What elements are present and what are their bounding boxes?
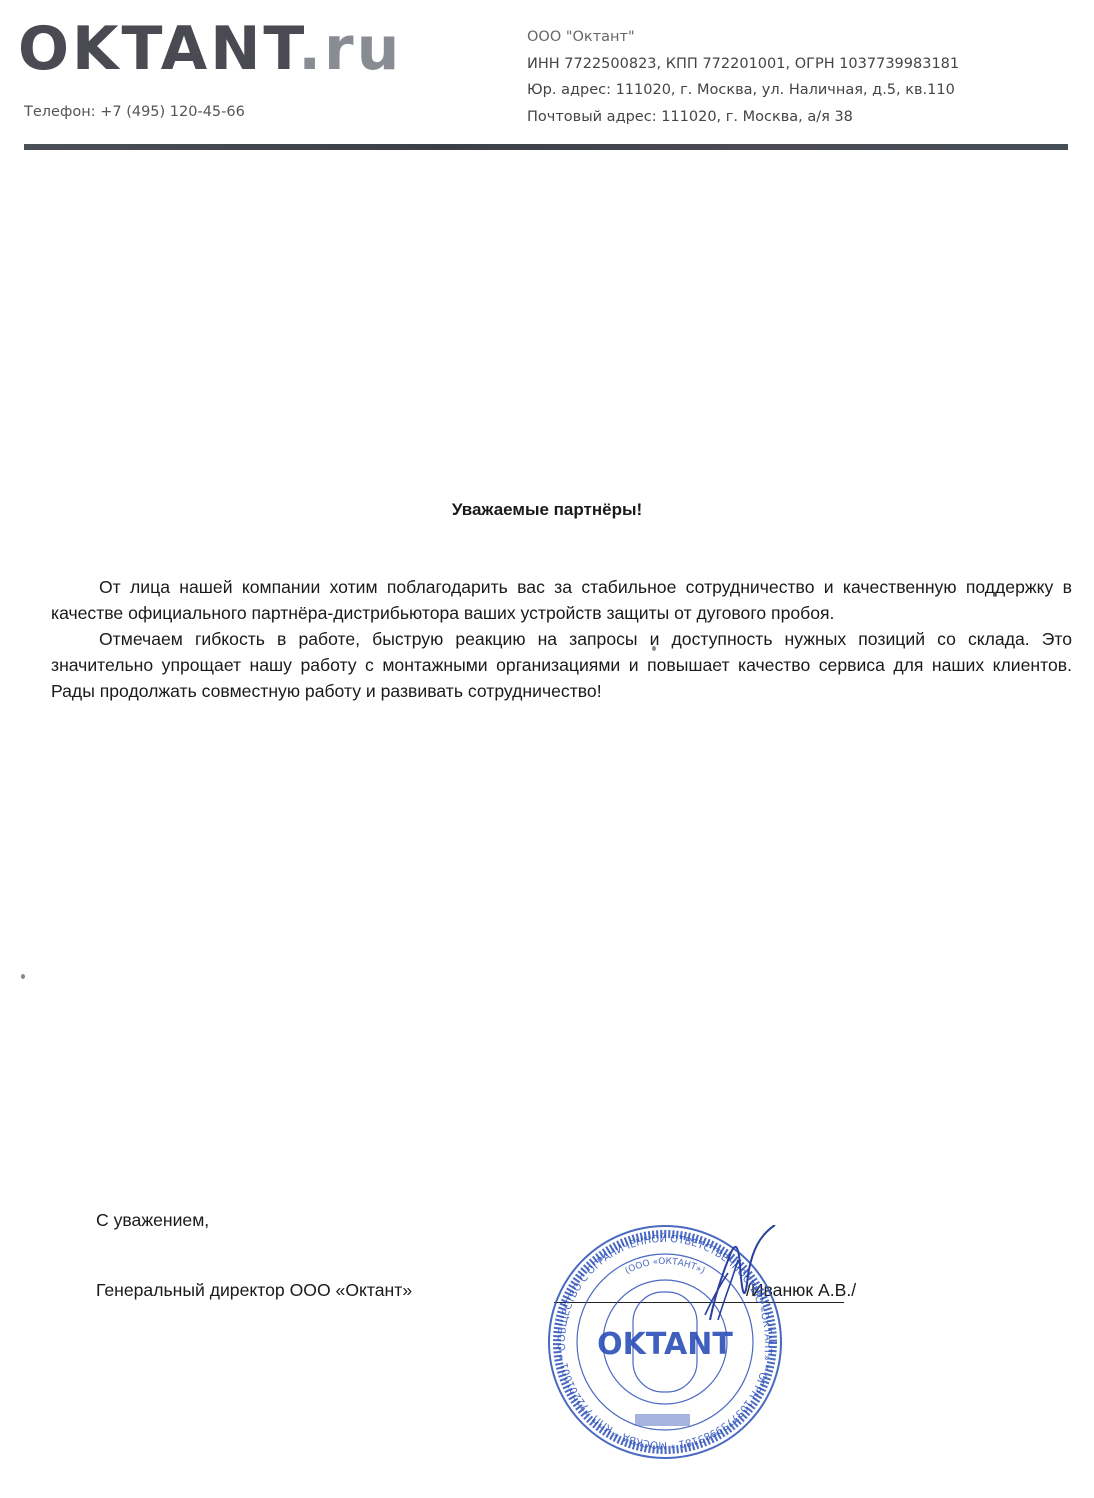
letter-closing: С уважением, (96, 1210, 209, 1231)
header-divider (24, 144, 1068, 150)
letter-body: От лица нашей компании хотим поблагодари… (51, 574, 1072, 704)
handwritten-signature-icon (690, 1225, 780, 1325)
scan-speck (21, 974, 25, 979)
legal-address: Юр. адрес: 111020, г. Москва, ул. Наличн… (527, 77, 959, 104)
signatory-title: Генеральный директор ООО «Октант» (96, 1280, 412, 1301)
stamp-center-text: OKTANT (597, 1327, 733, 1362)
logo-tld: .ru (298, 14, 402, 84)
postal-address: Почтовый адрес: 111020, г. Москва, а/я 3… (527, 104, 959, 131)
company-logo: OKTANT.ru (18, 14, 402, 84)
logo-main: OKTANT (18, 14, 298, 84)
company-name: ООО "Октант" (527, 24, 959, 51)
body-paragraph: Отмечаем гибкость в работе, быструю реак… (51, 626, 1072, 704)
company-details: ООО "Октант" ИНН 7722500823, КПП 7722010… (527, 24, 959, 130)
company-registration: ИНН 7722500823, КПП 772201001, ОГРН 1037… (527, 51, 959, 78)
scan-speck (652, 646, 656, 651)
letter-greeting: Уважаемые партнёры! (0, 500, 1094, 520)
phone-number: Телефон: +7 (495) 120-45-66 (24, 104, 245, 120)
body-paragraph: От лица нашей компании хотим поблагодари… (51, 574, 1072, 626)
